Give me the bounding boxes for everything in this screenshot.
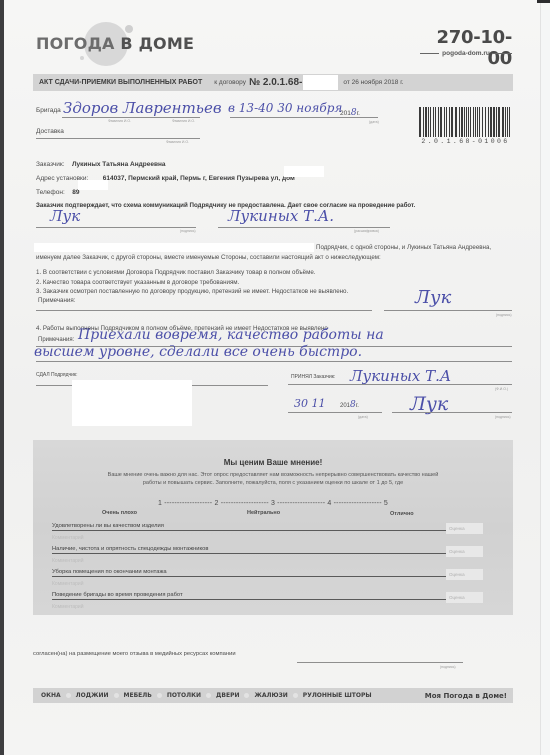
question-line (52, 599, 452, 600)
clause-item: 2. Качество товара соответствует указанн… (36, 278, 348, 288)
contract-number: № 2.0.1.68- (249, 77, 302, 88)
nav-separator-icon (244, 693, 249, 698)
decoding-caption: (расшифровка) (354, 229, 379, 233)
survey-title: Мы ценим Ваше мнение! (33, 458, 513, 467)
fio-caption: Фамилия И.О. (166, 140, 189, 144)
score-field[interactable]: Оценка (446, 592, 483, 603)
score-field[interactable]: Оценка (446, 523, 483, 534)
footer-nav-item[interactable]: ПОТОЛКИ (167, 692, 201, 699)
question-line (52, 576, 452, 577)
signature-caption: (подпись) (180, 229, 196, 233)
fio-caption: Фамилия И.О. (108, 119, 131, 123)
phone-label: Телефон: (36, 189, 65, 196)
parties-line1: Подрядчик, с одной стороны, и Лукиных Та… (316, 244, 491, 251)
logo-text-accent: В ДОМЕ (120, 34, 194, 53)
question-text: Поведение бригады во время проведения ра… (52, 592, 452, 598)
brand-website: pogoda-dom.ru (420, 50, 512, 57)
customer-handover-label: ПРИНЯЛ Заказчик: (291, 374, 335, 380)
notes2-line (36, 361, 512, 362)
customer-fio-handwritten: Лукиных Т.А (350, 367, 451, 385)
address-value: 614037, Пермский край, Пермь г, Евгения … (103, 175, 295, 182)
fio-caption: (Ф.И.О.) (495, 387, 508, 391)
date-caption: (дата) (369, 120, 379, 124)
scale-label-low: Очень плохо (102, 510, 137, 516)
brigade-handwritten: Здоров Лаврентьев (63, 99, 222, 117)
rating-scale: 1 ------------------- 2 ----------------… (33, 500, 513, 507)
nav-separator-icon (206, 693, 211, 698)
question-text: Удовлетворены ли вы качеством изделия (52, 523, 452, 529)
act-date: от 26 ноября 2018 г. (343, 79, 403, 86)
survey-intro: Ваше мнение очень важно для нас. Этот оп… (53, 472, 493, 487)
clause-item: 1. В соответствии с условиями Договора П… (36, 268, 348, 278)
consent-text: Заказчик подтверждает, что схема коммуни… (36, 202, 415, 209)
year-printed: 201 (340, 403, 350, 409)
score-field[interactable]: Оценка (446, 546, 483, 557)
footer-nav-item[interactable]: РУЛОННЫЕ ШТОРЫ (303, 692, 372, 699)
redacted-contractor-name (34, 243, 314, 252)
year-printed: 201 (340, 110, 351, 117)
notes2-handwritten-line1: Приехали вовремя, качество работы на (78, 327, 384, 343)
comment-field[interactable]: Комментарий (52, 535, 452, 541)
barcode-bar (510, 107, 511, 137)
survey-intro-line: работы и повышать сервис. Заполните, пож… (53, 480, 493, 488)
barcode-number: 2.0.1.68-01006 (419, 138, 512, 145)
brand-logo: ПОГОДА В ДОМЕ (36, 34, 194, 53)
question-line (52, 530, 452, 531)
logo-text-main: ПОГОДА (36, 34, 115, 53)
brigade-label: Бригада (36, 107, 61, 114)
nav-separator-icon (66, 693, 71, 698)
divider (420, 53, 439, 54)
signature-caption: (подпись) (495, 415, 511, 419)
act-title-bar: АКТ СДАЧИ-ПРИЕМКИ ВЫПОЛНЕННЫХ РАБОТ к до… (33, 74, 513, 91)
nav-separator-icon (293, 693, 298, 698)
consent-signature: Лук (50, 207, 80, 225)
survey-question[interactable]: Поведение бригады во время проведения ра… (52, 592, 452, 610)
comment-field[interactable]: Комментарий (52, 604, 452, 610)
logo-dot-icon (125, 25, 133, 33)
year-suffix: г. (357, 110, 360, 117)
nav-separator-icon (114, 693, 119, 698)
footer-nav-item[interactable]: ДВЕРИ (216, 692, 239, 699)
scan-right-edge (540, 0, 550, 755)
feedback-survey: Мы ценим Ваше мнение! Ваше мнение очень … (33, 440, 513, 615)
phone-value: 89 (72, 189, 79, 196)
notes-line (36, 310, 372, 311)
media-signature-line[interactable] (297, 662, 463, 663)
footer-nav-item[interactable]: ЖАЛЮЗИ (254, 692, 287, 699)
notes2-label: Примечания: (38, 337, 74, 343)
signature-line (392, 412, 512, 413)
scale-label-mid: Нейтрально (247, 510, 280, 516)
fio-line (288, 384, 512, 385)
brand-phone: 270-10-00 (420, 27, 512, 69)
divider (493, 53, 512, 54)
barcode (419, 107, 512, 137)
nav-separator-icon (157, 693, 162, 698)
signature-caption: (подпись) (496, 313, 512, 317)
consent-decoding: Лукиных Т.А. (228, 207, 334, 225)
website-text: pogoda-dom.ru (442, 50, 490, 57)
redacted-phone (78, 180, 108, 190)
act-title: АКТ СДАЧИ-ПРИЕМКИ ВЫПОЛНЕННЫХ РАБОТ (39, 79, 202, 86)
clauses-list: 1. В соответствии с условиями Договора П… (36, 268, 348, 297)
fio-caption: Фамилия И.О. (172, 119, 195, 123)
question-text: Наличие, чистота и опрятность спецодежды… (52, 546, 452, 552)
year-suffix: г. (356, 403, 359, 409)
footer-slogan: Моя Погода в Доме! (425, 692, 507, 700)
redacted-contractor-signature (72, 380, 192, 426)
scan-corner (537, 0, 550, 3)
signature-line (384, 310, 512, 311)
delivery-label: Доставка (36, 128, 64, 135)
comment-field[interactable]: Комментарий (52, 558, 452, 564)
handover-date-handwritten: 30 11 (294, 397, 326, 410)
redacted-house-number (284, 166, 324, 177)
decoding-line (218, 227, 390, 228)
footer-nav: ОКНАЛОДЖИИМЕБЕЛЬПОТОЛКИДВЕРИЖАЛЮЗИРУЛОНН… (33, 688, 513, 703)
footer-nav-item[interactable]: МЕБЕЛЬ (124, 692, 152, 699)
contractor-handover-label: СДАЛ Подрядчик: (36, 372, 78, 378)
contract-prefix: к договору (214, 79, 246, 86)
notes-label: Примечания: (38, 297, 75, 304)
date-line (288, 412, 382, 413)
survey-question[interactable]: Уборка помещения по окончании монтажа Ко… (52, 569, 452, 587)
brigade-date-handwritten: в 13-40 30 ноября (228, 101, 342, 115)
comment-field[interactable]: Комментарий (52, 581, 452, 587)
brigade-line (62, 117, 200, 118)
notes2-handwritten-line2: высшем уровне, сделали все очень быстро. (34, 344, 362, 360)
footer-nav-item[interactable]: ЛОДЖИИ (76, 692, 109, 699)
signature-line (36, 227, 196, 228)
scale-label-high: Отлично (390, 511, 414, 517)
footer-nav-item[interactable]: ОКНА (41, 692, 61, 699)
redacted-contract-suffix (303, 75, 338, 90)
logo-dot-icon (80, 56, 84, 60)
phone-row: Телефон: 89 (36, 181, 79, 199)
signature-caption: (подпись) (440, 665, 456, 669)
clauses-signature: Лук (415, 287, 451, 308)
survey-question[interactable]: Наличие, чистота и опрятность спецодежды… (52, 546, 452, 564)
survey-question[interactable]: Удовлетворены ли вы качеством изделия Ко… (52, 523, 452, 541)
question-text: Уборка помещения по окончании монтажа (52, 569, 452, 575)
delivery-line (36, 138, 200, 139)
clause-item: 3. Заказчик осмотрел поставленную по дог… (36, 287, 348, 297)
handover-year: 2018г. (340, 400, 359, 410)
brigade-year: 2018г. (340, 108, 360, 118)
question-line (52, 553, 452, 554)
media-consent-text: согласен(на) на размещение моего отзыва … (33, 651, 236, 657)
score-field[interactable]: Оценка (446, 569, 483, 580)
survey-intro-line: Ваше мнение очень важно для нас. Этот оп… (53, 472, 493, 480)
parties-line2: именуем далее Заказчик, с другой стороны… (36, 254, 381, 261)
date-caption: (дата) (358, 415, 368, 419)
